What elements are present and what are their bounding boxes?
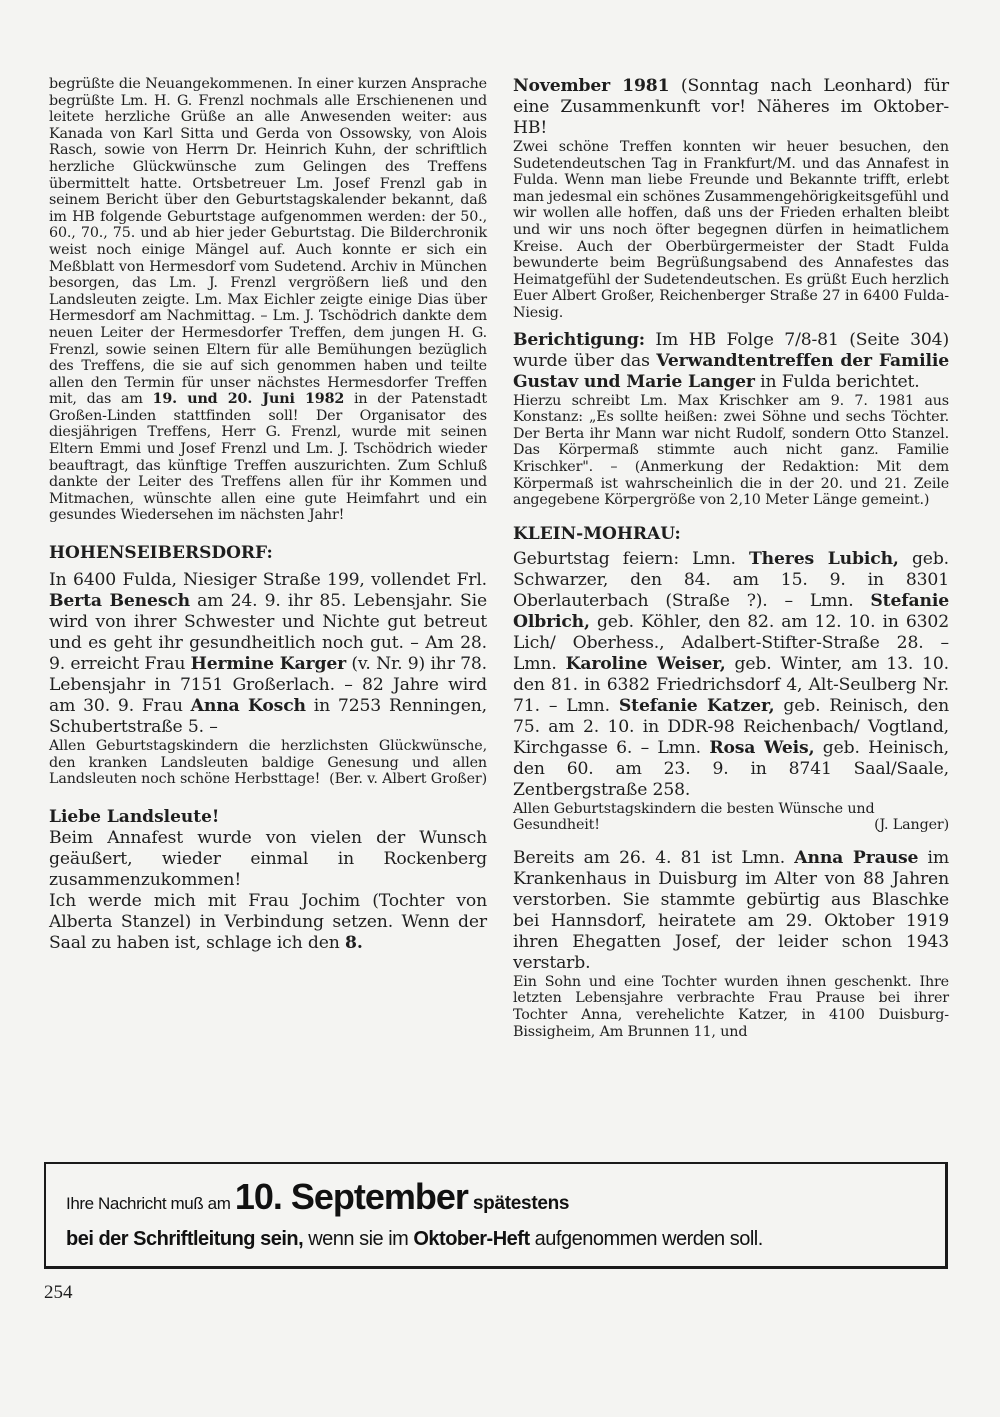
deadline-notice-box: Ihre Nachricht muß am 10. September spät… [44,1162,948,1269]
notice-line-2: bei der Schriftleitung sein, wenn sie im… [66,1228,763,1251]
greeting-letter: Zwei schöne Treffen konnten wir heuer be… [513,139,949,322]
heading-hohenseibersdorf: HOHENSEIBERSDORF: [49,542,487,564]
notice-deadline-date: 10. September [235,1176,468,1217]
berichtigung-detail: Hierzu schreibt Lm. Max Krischker am 9. … [513,393,949,509]
klein-mohrau-wishes: Allen Geburtstagskindern die besten Wüns… [513,801,949,818]
attribution: (Ber. v. Albert Großer) [329,771,487,788]
obituary-detail: Ein Sohn und eine Tochter wurden ihnen g… [513,974,949,1040]
heading-liebe-landsleute: Liebe Landsleute! [49,806,487,828]
page-number: 254 [44,1282,73,1304]
right-column: November 1981 (Sonntag nach Leonhard) fü… [513,76,949,1040]
left-column: begrüßte die Neuangekommenen. In einer k… [49,76,487,954]
berichtigung-label: Berichtigung: [513,330,645,350]
klein-mohrau-attribution-line: Gesundheit!(J. Langer) [513,817,949,834]
attribution: (J. Langer) [874,817,949,834]
liebe-para-1: Beim Annafest wurde von vielen der Wunsc… [49,828,487,891]
obituary-anna-prause: Bereits am 26. 4. 81 ist Lmn. Anna Praus… [513,848,949,974]
meeting-report: begrüßte die Neuangekommenen. In einer k… [49,76,487,524]
liebe-continuation: November 1981 (Sonntag nach Leonhard) fü… [513,76,949,139]
notice-line-1: Ihre Nachricht muß am 10. September spät… [66,1176,569,1218]
berichtigung: Berichtigung: Im HB Folge 7/8-81 (Seite … [513,330,949,393]
klein-mohrau-birthdays: Geburtstag feiern: Lmn. Theres Lubich, g… [513,549,949,801]
hohenseibersdorf-birthdays: In 6400 Fulda, Niesiger Straße 199, voll… [49,570,487,738]
liebe-para-2: Ich werde mich mit Frau Jochim (Tochter … [49,891,487,954]
heading-klein-mohrau: KLEIN-MOHRAU: [513,523,949,545]
meeting-date: 19. und 20. Juni 1982 [153,391,345,407]
